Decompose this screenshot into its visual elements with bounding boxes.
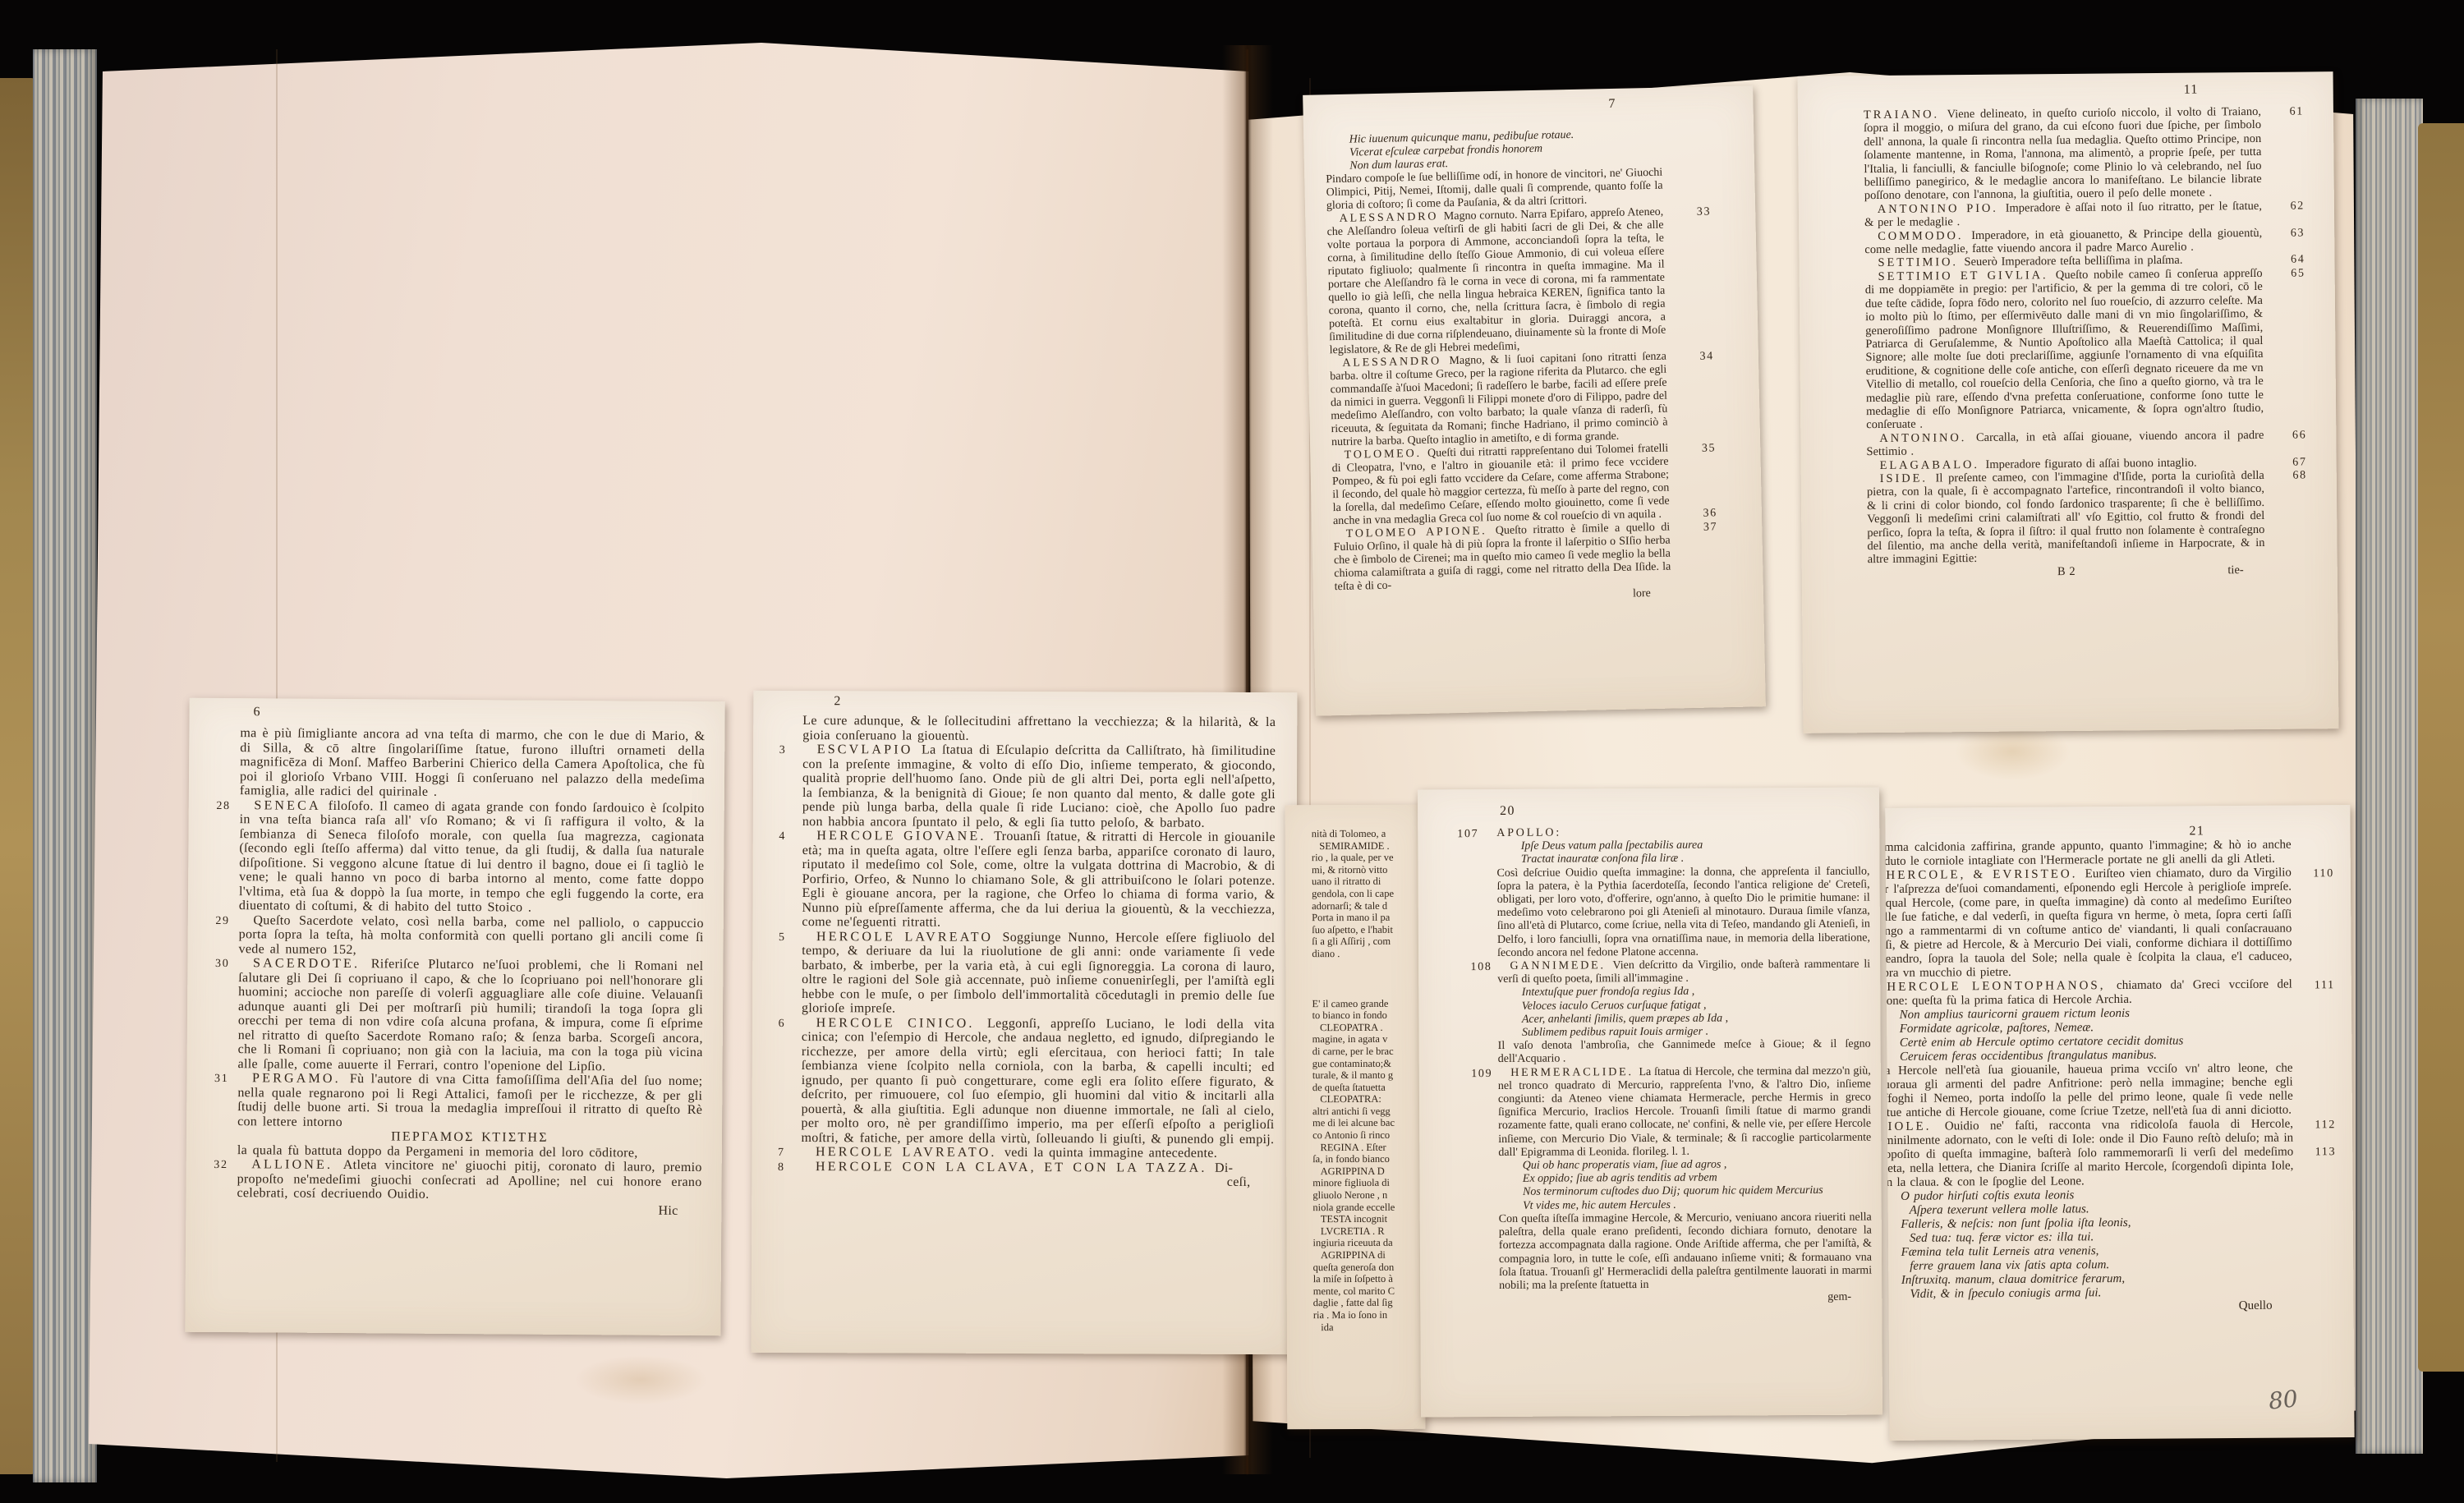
text-entry: 30SACERDOTE. Riferiſce Plutarco ne'ſuoi … [238, 956, 704, 1074]
text-entry: 107APOLLO: [1496, 825, 1869, 841]
entry-heading: ELAGABALO. [1880, 457, 1986, 471]
entry-heading: ALLIONE. [251, 1157, 343, 1172]
clipped-text-line: daglie , fatte dal ſig [1313, 1297, 1425, 1309]
margin-number: 61 [2289, 105, 2304, 119]
clipped-text-line: uano il ritratto di [1312, 876, 1423, 888]
margin-number: 31 [200, 1072, 228, 1087]
clipped-text-line: ſi a gli Aſſirij , com [1312, 935, 1423, 948]
entry-heading: ALESSANDRO [1340, 210, 1444, 225]
text-entry: 66ANTONINO. Carcalla, in età aſſai gioua… [1866, 429, 2264, 459]
text-entry: 4HERCOLE GIOVANE. Trouanſi ſtatue, & rit… [802, 829, 1275, 931]
margin-number: 109 [1459, 1068, 1493, 1081]
clipped-text-line: CLEOPATRA: [1312, 1093, 1424, 1105]
pasted-leaf-page-2: 2Le cure adunque, & le ſollecitudini aff… [752, 691, 1298, 1354]
catchword: tie- [2227, 563, 2243, 577]
clipped-text-line: turale, & il manto g [1312, 1069, 1424, 1082]
entry-heading: ANTONINO. [1879, 431, 1976, 445]
verse-quotation: Qui ob hanc properatis viam, ſiue ad agr… [1498, 1158, 1871, 1213]
clipped-text-line: ſuo aſpetto, e l'habit [1312, 923, 1423, 935]
margin-number: 65 [2278, 267, 2305, 281]
verse-quotation: Ipſe Deus vatum palla ſpectabilis aureaT… [1496, 839, 1869, 867]
pasted-leaf-page-20: 20107APOLLO: Ipſe Deus vatum palla ſpect… [1418, 788, 1882, 1418]
entry-heading: TOLOMEO. [1345, 448, 1428, 462]
entry-heading: HERCOLE LEONTOPHANOS, [1887, 979, 2117, 994]
verse-line: Nos terminorum cuſtodes duo Dij; quorum … [1523, 1184, 1872, 1199]
margin-number: 108 [1458, 961, 1492, 974]
pasted-leaf-page-21: 21gemma calcidonia zaffirina, grande app… [1885, 805, 2354, 1441]
text-entry: Il vaſo denota l'ambroſia, che Gannimede… [1498, 1038, 1871, 1067]
pasted-leaf-page-6: 6ma è più ſimigliante ancora ad vna teſt… [185, 698, 724, 1336]
entry-heading: PERGAMO. [252, 1071, 350, 1086]
margin-number: 4 [765, 830, 786, 844]
margin-number: 32 [200, 1158, 228, 1173]
clipped-text-line: diano . [1312, 948, 1423, 960]
clipped-text-line: E' il cameo grande [1312, 997, 1423, 1009]
catchword: ceſi, [801, 1174, 1274, 1190]
clipped-text-line: niola grande eccelle [1312, 1201, 1424, 1213]
margin-number: 62 [2278, 200, 2305, 214]
clipped-text-line: di carne, per le brac [1312, 1046, 1424, 1058]
entry-heading: ESCVLAPIO [817, 742, 922, 756]
entry-heading: GANNIMEDE. [1510, 959, 1612, 972]
clipped-text-line: queſta generoſa don [1313, 1261, 1425, 1273]
pasted-leaf-page-7: 7Hic iuuenum quicunque manu, pedibuſue r… [1303, 85, 1766, 715]
margin-number: 110 [2300, 866, 2334, 880]
entry-heading: HERCOLE CON LA CLAVA, ET CON LA TAZZA. [816, 1160, 1215, 1175]
clipped-text-line: TESTA incognit [1312, 1213, 1424, 1225]
leaf-text-body: 107APOLLO: Ipſe Deus vatum palla ſpectab… [1418, 788, 1882, 1418]
text-entry: 34ALESSANDRO Magno, & li ſuoi capitani ſ… [1330, 351, 1668, 450]
leaf-text-body: ma è più ſimigliante ancora ad vna teſta… [185, 698, 724, 1336]
entry-heading: TRAIANO. [1864, 108, 1947, 122]
leaf-text-body: 61TRAIANO. Viene delineato, in queſto cu… [1798, 71, 2339, 733]
text-entry: 5HERCOLE LAVREATO Soggiunge Nunno, Herco… [802, 930, 1275, 1018]
text-entry: 3ESCVLAPIO La ſtatua di Eſculapio deſcri… [802, 742, 1276, 830]
margin-number: 111 [2301, 978, 2335, 992]
clipped-text-line: gliuolo Nerone , n [1312, 1189, 1424, 1202]
margin-number: 35 [1689, 442, 1716, 456]
clipped-text-line: REGINA . Eſter [1312, 1141, 1424, 1153]
text-entry: 28SENECA filoſofo. Il cameo di agata gra… [239, 798, 705, 917]
entry-heading: SETTIMIO. [1878, 256, 1964, 270]
text-entry: 29Queſto Sacerdote velato, così nella ba… [239, 913, 704, 959]
margin-number: 36 [1690, 507, 1717, 521]
text-entry: 62ANTONINO PIO. Imperadore è aſſai noto … [1864, 200, 2262, 230]
entry-heading: ALESSANDRO [1342, 355, 1449, 370]
clipped-text-line: ingiuria riceuuta da [1313, 1237, 1425, 1249]
margin-number: 3 [765, 743, 786, 758]
margin-number: 28 [202, 798, 231, 813]
signature-line: B 2tie- [1868, 563, 2265, 581]
margin-number: 33 [1684, 205, 1711, 219]
book-cover-left [0, 78, 36, 1474]
text-entry: 109HERMERACLIDE. La ſtatua di Hercole, c… [1498, 1064, 1872, 1160]
clipped-text-line: SEMIRAMIDE . [1312, 839, 1423, 852]
entry-heading: ISIDE. [1880, 471, 1936, 485]
book-cover-right [2418, 123, 2464, 1372]
clipped-text-line: la miſe in ſoſpetto à [1313, 1273, 1425, 1285]
verse-quotation: Non amplius tauricorni grauem rictum leo… [1885, 1006, 2292, 1065]
clipped-text-line: co Antonio ſi rinco [1312, 1129, 1424, 1142]
text-entry: Le cure adunque, & le ſollecitudini affr… [802, 714, 1276, 744]
clipped-text-line: AGRIPPINA D [1312, 1165, 1424, 1178]
entry-heading: HERCOLE GIOVANE. [816, 829, 994, 843]
margin-number: 37 [1690, 521, 1717, 535]
catchword: gem- [1499, 1291, 1872, 1307]
blank-gap [1312, 959, 1423, 997]
margin-number: 34 [1687, 350, 1714, 364]
text-entry: 63COMMODO. Imperadore, in età giouanetto… [1864, 227, 2262, 257]
margin-number: 113 [2301, 1145, 2336, 1159]
clipped-text-line: de queſta ſtatuetta [1312, 1081, 1424, 1093]
clipped-text-line: Porta in mano il pa [1312, 912, 1423, 924]
clipped-text-line: gendola, con li cape [1312, 888, 1423, 900]
entry-heading: SACERDOTE. [253, 956, 371, 971]
clipped-text-line: magine, in agata v [1312, 1033, 1424, 1046]
entry-heading: TOLOMEO APIONE. [1346, 525, 1496, 540]
text-entry: 68ISIDE. Il preſente cameo, con l'immagi… [1867, 469, 2265, 567]
clipped-text-line: AGRIPPINA di [1313, 1249, 1425, 1262]
clipped-text-line: adornarſi; & tale d [1312, 899, 1423, 912]
text-entry: 111HERCOLE LEONTOPHANOS, chiamato da' Gr… [1885, 978, 2292, 1009]
clipped-text-line: mente, col marito C [1313, 1285, 1425, 1297]
text-entry: 108GANNIMEDE. Vien deſcritto da Virgilio… [1497, 958, 1870, 987]
text-entry: gemma calcidonia zaffirina, grande appun… [1885, 839, 2292, 870]
clipped-text-line: CLEOPATRA . [1312, 1021, 1424, 1033]
clipped-text-line: me di lei alcune bac [1312, 1117, 1424, 1129]
clipped-text-line: LVCRETIA . R [1312, 1225, 1424, 1238]
leaf-text-body: gemma calcidonia zaffirina, grande appun… [1885, 805, 2354, 1441]
text-entry: Ma Hercole nell'età ſua giouanile, haueu… [1885, 1062, 2293, 1121]
margin-number: 29 [201, 913, 230, 928]
margin-number: 63 [2278, 227, 2305, 241]
clipped-text-line: ida [1313, 1321, 1425, 1333]
text-entry: 31PERGAMO. Fù l'autore di vna Citta famo… [237, 1071, 702, 1132]
page-edge-stack-left [33, 49, 97, 1482]
margin-number: 68 [2279, 469, 2306, 483]
leaf-text-body: Le cure adunque, & le ſollecitudini affr… [752, 691, 1298, 1354]
margin-number: 30 [200, 957, 229, 972]
entry-heading: HERMERACLIDE. [1510, 1066, 1639, 1079]
text-entry: 32ALLIONE. Atleta vincitore ne' giuochi … [237, 1157, 701, 1203]
entry-heading: SETTIMIO ET GIVLIA. [1878, 269, 2056, 283]
clipped-text-line: minore figliuola di [1312, 1177, 1424, 1189]
text-entry: Pindaro compoſe le ſue belliſſime odí, i… [1326, 167, 1663, 214]
entry-heading: HERCOLE, & EVRISTEO. [1886, 867, 2085, 882]
book-photograph: 6ma è più ſimigliante ancora ad vna teſt… [0, 0, 2464, 1503]
text-entry: 112113IOLE. Ouidio ne' faſti, racconta v… [1885, 1118, 2293, 1191]
text-entry: 3536TOLOMEO. Queſti dui ritratti rappreſ… [1331, 443, 1670, 529]
margin-number: 107 [1457, 828, 1478, 841]
clipped-text-line: ſa, in fondo bianco [1312, 1153, 1424, 1165]
verse-quotation: Hic iuuenum quicunque manu, pedibuſue ro… [1325, 127, 1662, 174]
text-entry: 65SETTIMIO ET GIVLIA. Queſto nobile came… [1865, 267, 2264, 432]
text-entry: 61TRAIANO. Viene delineato, in queſto cu… [1864, 105, 2262, 203]
text-entry: 37TOLOMEO APIONE. Queſto ritratto è ſimi… [1333, 522, 1671, 595]
text-entry: ma è più ſimigliante ancora ad vna teſta… [240, 726, 706, 801]
folio-annotation: 80 [2267, 1385, 2299, 1415]
verse-quotation: Intextuſque puer frondoſa regius Ida ,Ve… [1497, 985, 1870, 1040]
clipped-text-line: nità di Tolomeo, a [1312, 828, 1423, 840]
clipped-text-line: gue contaminato;& [1312, 1057, 1424, 1069]
pasted-leaf-partially-covered: nità di Tolomeo, a SEMIRAMIDE .rio , la … [1285, 805, 1426, 1430]
margin-number: 67 [2279, 456, 2306, 470]
text-entry: 8HERCOLE CON LA CLAVA, ET CON LA TAZZA. … [801, 1160, 1274, 1176]
entry-heading: HERCOLE LAVREATO [816, 930, 1003, 945]
entry-heading: HERCOLE CINICO. [816, 1016, 988, 1031]
entry-heading: ANTONINO PIO. [1878, 202, 2006, 216]
clipped-text-line: ria . Ma io ſono in [1313, 1309, 1425, 1321]
margin-number: 6 [764, 1016, 785, 1031]
text-entry: Con queſta iſteſſa immagine Hercole, & M… [1499, 1211, 1873, 1293]
clipped-text-line: to bianco in fondo [1312, 1009, 1424, 1022]
gathering-signature: B 2 [2057, 565, 2076, 578]
entry-heading: HERCOLE LAVREATO. [816, 1145, 1004, 1160]
entry-heading: IOLE. [1887, 1119, 1944, 1133]
margin-number: 5 [764, 930, 785, 945]
clipped-text-line: rio , la quale, per ve [1312, 852, 1423, 864]
margin-number: 64 [2278, 254, 2305, 268]
leaf-text-body: Hic iuuenum quicunque manu, pedibuſue ro… [1303, 85, 1766, 715]
entry-heading: APOLLO: [1496, 827, 1561, 839]
text-entry: 110HERCOLE, & EVRISTEO. Euriſteo vien ch… [1885, 866, 2292, 981]
margin-number: 8 [763, 1160, 784, 1174]
text-entry: 7HERCOLE LAVREATO. vedi la quinta immagi… [801, 1145, 1274, 1161]
pasted-leaf-page-11: 1161TRAIANO. Viene delineato, in queſto … [1798, 71, 2339, 733]
entry-heading: SENECA [254, 798, 329, 813]
margin-number: 7 [763, 1146, 784, 1161]
catchword: Quello [1885, 1299, 2294, 1317]
verse-quotation: O pudor hirſuti coſtis exuta leonis Aſpe… [1885, 1188, 2294, 1303]
text-entry: 33ALESSANDRO Magno cornuto. Narra Epifar… [1326, 206, 1666, 358]
clipped-text-line: altri antichi ſi vegg [1312, 1105, 1424, 1118]
margin-number: 66 [2279, 429, 2306, 443]
page-edge-stack-right [2356, 99, 2423, 1454]
entry-heading: COMMODO. [1878, 229, 1971, 243]
text-entry: Così deſcriue Ouidio queſta immagine: la… [1496, 865, 1870, 960]
text-entry: 6HERCOLE CINICO. Leggonſi, appreſſo Luci… [801, 1016, 1275, 1147]
clipped-text-line: mi, & ritornò vitto [1312, 863, 1423, 876]
leaf-text-body: nità di Tolomeo, a SEMIRAMIDE .rio , la … [1285, 805, 1426, 1430]
margin-number: 112 [2301, 1118, 2336, 1132]
